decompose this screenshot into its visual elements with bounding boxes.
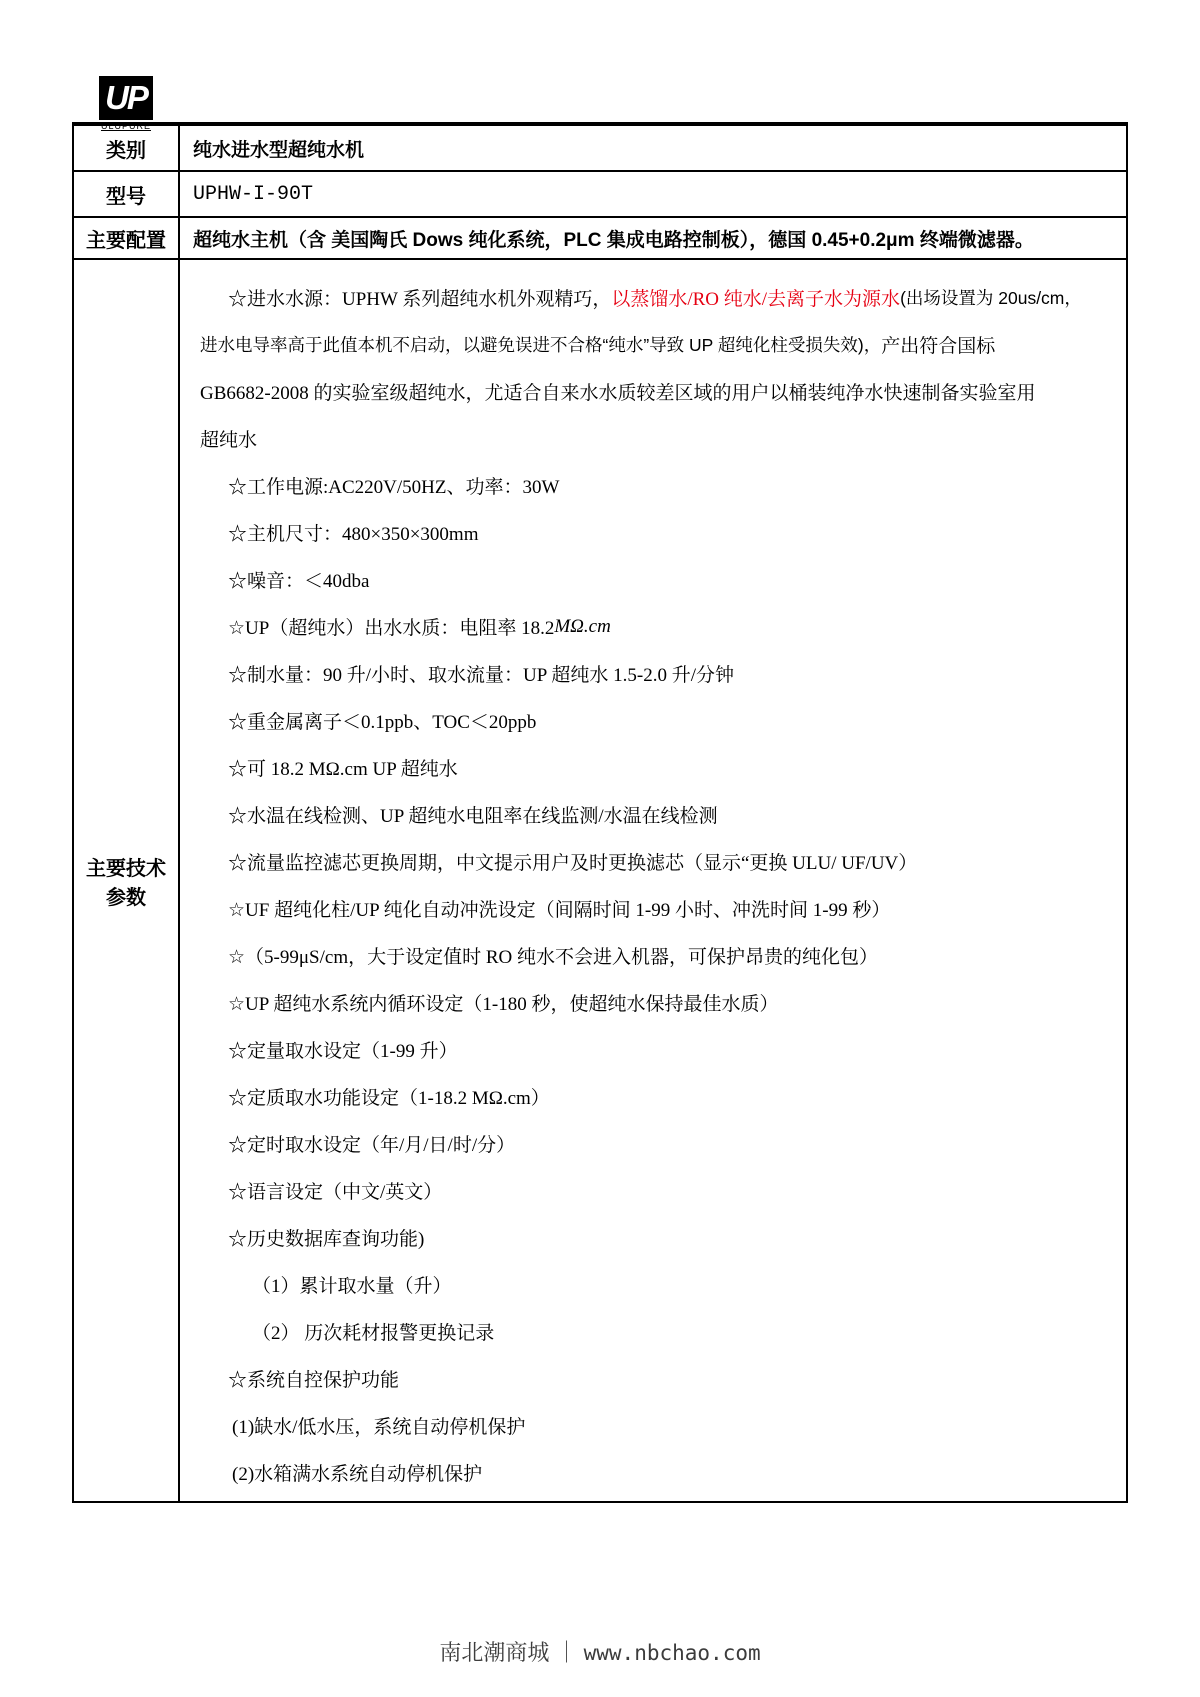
tech-param-segment: ☆定质取水功能设定（1-18.2 MΩ.cm） [228,1083,550,1110]
tech-param-segment: ☆可 18.2 MΩ.cm UP 超纯水 [228,754,458,781]
tech-param-segment: （1）累计取水量（升） [252,1271,452,1298]
tech-param-segment: ☆水温在线检测、UP 超纯水电阻率在线监测/水温在线检测 [228,801,718,828]
tech-param-segment: 进水电导率高于此值本机不启动，以避免误进不合格“纯水”导致 UP 超纯化柱受损失… [200,332,881,357]
table-row-model: 型号 UPHW-I-90T [74,172,1126,218]
row-label-model: 型号 [74,172,180,216]
table-row-configuration: 主要配置 超纯水主机（含 美国陶氏 Dows 纯化系统，PLC 集成电路控制板）… [74,218,1126,260]
table-row-category: 类别 纯水进水型超纯水机 [74,126,1126,172]
tech-param-line: ☆定质取水功能设定（1-18.2 MΩ.cm） [200,1073,1116,1120]
tech-param-line: ☆历史数据库查询功能) [200,1214,1116,1261]
tech-param-segment: (2)水箱满水系统自动停机保护 [232,1459,482,1486]
tech-param-segment: (出场设置为 20us/cm， [900,285,1082,310]
tech-param-segment: 以蒸馏水/RO 纯水/去离子水为源水 [611,284,900,311]
tech-param-segment: ☆UP 超纯水系统内循环设定（1-180 秒，使超纯水保持最佳水质） [228,989,778,1016]
tech-param-segment: ☆重金属离子＜0.1ppb、TOC＜20ppb [228,707,536,734]
tech-param-line: (2)水箱满水系统自动停机保护 [200,1449,1116,1496]
document-page: UP ULUPURE 类别 纯水进水型超纯水机 型号 UPHW-I-90T 主要… [0,0,1200,1697]
tech-param-line: ☆定时取水设定（年/月/日/时/分） [200,1120,1116,1167]
tech-param-line: ☆可 18.2 MΩ.cm UP 超纯水 [200,744,1116,791]
tech-param-line: ☆UF 超纯化柱/UP 纯化自动冲洗设定（间隔时间 1-99 小时、冲洗时间 1… [200,885,1116,932]
tech-param-line: ☆UP（超纯水）出水水质：电阻率 18.2 MΩ.cm [200,603,1116,650]
tech-param-line: ☆制水量：90 升/小时、取水流量：UP 超纯水 1.5-2.0 升/分钟 [200,650,1116,697]
tech-param-line: ☆UP 超纯水系统内循环设定（1-180 秒，使超纯水保持最佳水质） [200,979,1116,1026]
row-value-configuration: 超纯水主机（含 美国陶氏 Dows 纯化系统，PLC 集成电路控制板），德国 0… [180,218,1126,258]
tech-param-segment: ☆UP（超纯水）出水水质：电阻率 18.2 [228,613,554,640]
tech-param-segment: ☆UF 超纯化柱/UP 纯化自动冲洗设定（间隔时间 1-99 小时、冲洗时间 1… [228,895,890,922]
tech-param-line: ☆噪音：＜40dba [200,556,1116,603]
tech-param-segment: GB6682-2008 的实验室级超纯水，尤适合自来水水质较差区域的用户以桶装纯… [200,378,1035,405]
tech-param-segment: ☆系统自控保护功能 [228,1365,399,1392]
row-label-category: 类别 [74,126,180,170]
tech-param-line: ☆系统自控保护功能 [200,1355,1116,1402]
tech-param-segment: ☆噪音：＜40dba [228,566,369,593]
tech-param-line: 超纯水 [200,415,1116,462]
tech-param-segment: ☆（5-99μS/cm，大于设定值时 RO 纯水不会进入机器，可保护昂贵的纯化包… [228,942,878,969]
tech-param-segment: （2） 历次耗材报警更换记录 [252,1318,494,1345]
tech-param-segment: ☆定量取水设定（1-99 升） [228,1036,458,1063]
row-label-tech-params: 主要技术 参数 [74,260,180,1501]
tech-param-line: ☆语言设定（中文/英文） [200,1167,1116,1214]
tech-param-line: ☆主机尺寸：480×350×300mm [200,509,1116,556]
tech-param-segment: ☆流量监控滤芯更换周期，中文提示用户及时更换滤芯（显示“更换 ULU/ UF/U… [228,848,917,875]
tech-param-line: ☆重金属离子＜0.1ppb、TOC＜20ppb [200,697,1116,744]
tech-param-line: ☆定量取水设定（1-99 升） [200,1026,1116,1073]
tech-param-segment: ☆历史数据库查询功能) [228,1224,424,1251]
tech-param-segment: ☆制水量：90 升/小时、取水流量：UP 超纯水 1.5-2.0 升/分钟 [228,660,734,687]
tech-param-segment: 超纯水 [200,425,257,452]
tech-param-line: （1）累计取水量（升） [200,1261,1116,1308]
row-value-model: UPHW-I-90T [180,172,1126,216]
tech-param-line: 进水电导率高于此值本机不启动，以避免误进不合格“纯水”导致 UP 超纯化柱受损失… [200,321,1116,368]
tech-label-line2: 参数 [106,881,146,910]
tech-label-line1: 主要技术 [86,852,166,881]
page-footer: 南北潮商城 ｜ www.nbchao.com [0,1636,1200,1667]
row-value-category: 纯水进水型超纯水机 [180,126,1126,170]
up-logo-icon: UP [99,76,153,120]
footer-divider: ｜ [555,1640,577,1665]
tech-param-segment: ☆主机尺寸：480×350×300mm [228,519,479,546]
tech-param-segment: (1)缺水/低水压，系统自动停机保护 [232,1412,525,1439]
tech-param-line: ☆进水水源：UPHW 系列超纯水机外观精巧，以蒸馏水/RO 纯水/去离子水为源水… [200,274,1116,321]
table-row-tech-params: 主要技术 参数 ☆进水水源：UPHW 系列超纯水机外观精巧，以蒸馏水/RO 纯水… [74,260,1126,1501]
tech-param-segment: ☆定时取水设定（年/月/日/时/分） [228,1130,515,1157]
tech-param-segment: ☆进水水源：UPHW 系列超纯水机外观精巧， [228,284,611,311]
tech-param-line: ☆水温在线检测、UP 超纯水电阻率在线监测/水温在线检测 [200,791,1116,838]
tech-param-line: （2） 历次耗材报警更换记录 [200,1308,1116,1355]
footer-url: www.nbchao.com [584,1641,761,1665]
tech-param-segment: 产出符合国标 [881,331,995,358]
tech-param-line: ☆（5-99μS/cm，大于设定值时 RO 纯水不会进入机器，可保护昂贵的纯化包… [200,932,1116,979]
spec-table: 类别 纯水进水型超纯水机 型号 UPHW-I-90T 主要配置 超纯水主机（含 … [72,122,1128,1503]
row-label-configuration: 主要配置 [74,218,180,258]
tech-param-segment: MΩ.cm [554,616,610,638]
footer-site-name: 南北潮商城 [439,1640,549,1665]
tech-param-line: ☆流量监控滤芯更换周期，中文提示用户及时更换滤芯（显示“更换 ULU/ UF/U… [200,838,1116,885]
tech-param-line: (1)缺水/低水压，系统自动停机保护 [200,1402,1116,1449]
tech-param-segment: ☆语言设定（中文/英文） [228,1177,442,1204]
tech-param-segment: ☆工作电源:AC220V/50HZ、功率：30W [228,472,559,499]
tech-params-list: ☆进水水源：UPHW 系列超纯水机外观精巧，以蒸馏水/RO 纯水/去离子水为源水… [180,260,1126,1501]
tech-param-line: GB6682-2008 的实验室级超纯水，尤适合自来水水质较差区域的用户以桶装纯… [200,368,1116,415]
tech-param-line: ☆工作电源:AC220V/50HZ、功率：30W [200,462,1116,509]
